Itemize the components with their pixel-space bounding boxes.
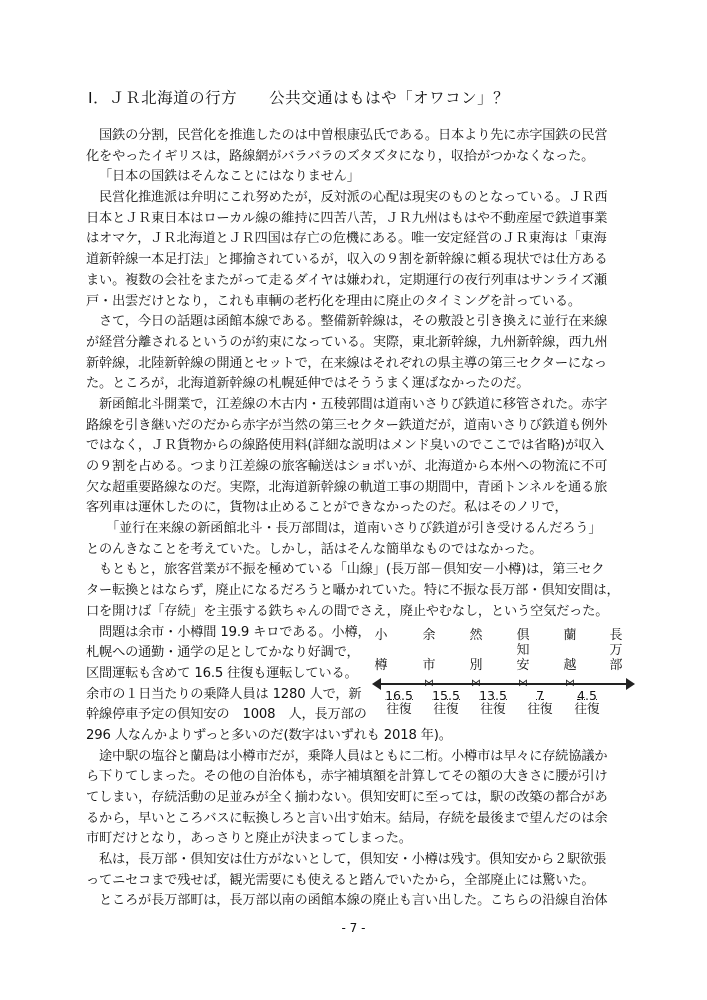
paragraph-line: 296 人なんかよりずっと多いのだ(数字はいずれも 2018 年)。 (86, 726, 626, 747)
paragraph-line: 新幹線，北陸新幹線の開通とセットで，在来線はそれぞれの県主導の第三セクターになっ (86, 354, 626, 375)
paragraph-line: 欠な超重要路線なのだ。実際，北海道新幹線の軌道工事の期間中，青函トンネルを通る旅 (86, 478, 626, 499)
paragraph-line: 道新幹線一本足打法」と揶揄されているが，収入の９割を新幹線に頼る現状では仕方ある (86, 250, 626, 271)
paragraph-line: 幹線停車予定の倶知安の 1008 人，長万部の (86, 705, 376, 726)
quote-line: 「日本の国鉄はそんなことにはなりません」 (86, 167, 626, 188)
frequency-label: 15.5往復 (426, 689, 466, 715)
paragraph-line: 国鉄の分割，民営化を推進したのは中曽根康弘氏である。日本より先に赤字国鉄の民営 (86, 126, 626, 147)
station-otaru: 小 樽 (371, 628, 391, 673)
station-marker-icon: ⋈ (565, 679, 575, 689)
frequency-label: 4.5往復 (567, 689, 607, 715)
paragraph-line: 戸・出雲だけとなり，これも車輌の老朽化を理由に廃止のタイミングを計っている。 (86, 292, 626, 313)
frequency-label: 13.5往復 (473, 689, 513, 715)
paragraph-line: 路線を引き継いだのだから赤字が当然の第三セクター鉄道だが，道南いさりび鉄道も例外 (86, 416, 626, 437)
paragraph-line: るから，早いところバスに転換しろと言い出す始末。結局，存続を最後まで望んだのは余 (86, 809, 626, 830)
frequency-label: 16.5往復 (379, 689, 419, 715)
paragraph-line: ってニセコまで残せば，観光需要にも使えると踏んでいたから，全部廃止には驚いた。 (86, 871, 626, 892)
paragraph-line: の９割を占める。つまり江差線の旅客輸送はショボいが、北海道から本州への物流に不可 (86, 457, 626, 478)
paragraph-line: さて，今日の話題は函館本線である。整備新幹線は，その敷設と引き換えに並行在来線 (86, 312, 626, 333)
route-diagram: 小 樽 余 市 然 別 倶知安 蘭 越 長万部 ⋈ ⋈ ⋈ ⋈ 16.5往復 1… (368, 628, 640, 728)
paragraph-line: 余市の１日当たりの乗降人員は 1280 人で，新 (86, 685, 376, 706)
paragraph-line: ら下りてしまった。その他の自治体も，赤字補填額を計算してその額の大きさに腰が引け (86, 767, 626, 788)
section-title: Ⅰ．ＪＲ北海道の行方 公共交通はもはや「オワコン」？ (88, 86, 509, 108)
station-rankoshi: 蘭 越 (560, 628, 580, 673)
paragraph-line: とのんきなことを考えていた。しかし，話はそんな簡単なものではなかった。 (86, 540, 626, 561)
paragraph-line: ター転換とはならず，廃止になるだろうと囁かれていた。特に不振な長万部・倶知安間は… (86, 581, 626, 602)
paragraph-line: ところが長万部町は，長万部以南の函館本線の廃止も言い出した。こちらの沿線自治体 (86, 891, 626, 912)
station-kutchan: 倶知安 (513, 628, 533, 673)
paragraph-line: 問題は余市・小樽間 19.9 キロである。小樽， (86, 623, 389, 644)
frequency-label: 7往復 (520, 689, 560, 715)
paragraph-line: 日本とＪＲ東日本はローカル線の維持に四苦八苦，ＪＲ九州はもはや不動産屋で鉄道事業 (86, 209, 626, 230)
paragraph-line: 市町だけとなり，あっさりと廃止が決まってしまった。 (86, 829, 626, 850)
paragraph-line: 化をやったイギリスは，路線網がバラバラのズタズタになり，収拾がつかなくなった。 (86, 147, 626, 168)
document-page: Ⅰ．ＪＲ北海道の行方 公共交通はもはや「オワコン」？ 国鉄の分割，民営化を推進し… (0, 0, 707, 1000)
paragraph-line: が経営分離されるというのが約束になっている。実際，東北新幹線，九州新幹線，西九州 (86, 333, 626, 354)
station-marker-icon: ⋈ (518, 679, 528, 689)
paragraph-line: はオマケ，ＪＲ北海道とＪＲ四国は存亡の危機にある。唯一安定経営のＪＲ東海は「東海 (86, 229, 626, 250)
paragraph-line: 私は，長万部・倶知安は仕方がないとして，倶知安・小樽は残す。倶知安から２駅欲張 (86, 850, 626, 871)
paragraph-line: 新函館北斗開業で，江差線の木古内・五稜郭間は道南いさりび鉄道に移管された。赤字 (86, 395, 626, 416)
station-nibushi: 然 別 (466, 628, 486, 673)
paragraph-line: 民営化推進派は弁明にこれ努めたが，反対派の心配は現実のものとなっている。ＪＲ西 (86, 188, 626, 209)
paragraph-line: まい。複数の会社をまたがって走るダイヤは嫌われ，定期運行の夜行列車はサンライズ瀬 (86, 271, 626, 292)
page-number: - 7 - (0, 921, 707, 935)
paragraph-line: 区間運転も含めて 16.5 往復も運転している。 (86, 664, 376, 685)
paragraph-line: た。ところが，北海道新幹線の札幌延伸ではそううまく運ばなかったのだ。 (86, 374, 626, 395)
paragraph-line: てしまい，存続活動の足並みが全く揃わない。倶知安町に至っては，駅の改築の都合があ (86, 788, 626, 809)
arrow-right-icon (626, 678, 635, 690)
paragraph-line: 客列車は運休したのに，貨物は止めることができなかったのだ。私はそのノリで， (86, 498, 626, 519)
station-oshamambe: 長万部 (606, 628, 626, 673)
paragraph-line: ではなく，ＪＲ貨物からの線路使用料(詳細な説明はメンド臭いのでここでは省略)が収… (86, 436, 626, 457)
body-text: 国鉄の分割，民営化を推進したのは中曽根康弘氏である。日本より先に赤字国鉄の民営 … (86, 126, 626, 912)
paragraph-line: 口を開けば「存続」を主張する鉄ちゃんの間でさえ，廃止やむなし，という空気だった。 (86, 602, 626, 623)
quote-line: 「並行在来線の新函館北斗・長万部間は，道南いさりび鉄道が引き受けるんだろう」 (86, 519, 626, 540)
paragraph-line: 途中駅の塩谷と蘭島は小樽市だが，乗降人員はともに二桁。小樽市は早々に存続協議か (86, 747, 626, 768)
track-line (376, 683, 630, 685)
paragraph-line: 札幌への通勤・通学の足としてかなり好調で， (86, 643, 376, 664)
station-yoichi: 余 市 (419, 628, 439, 673)
paragraph-line: もともと，旅客営業が不振を極めている「山線」(長万部－倶知安－小樽)は，第三セク (86, 560, 626, 581)
